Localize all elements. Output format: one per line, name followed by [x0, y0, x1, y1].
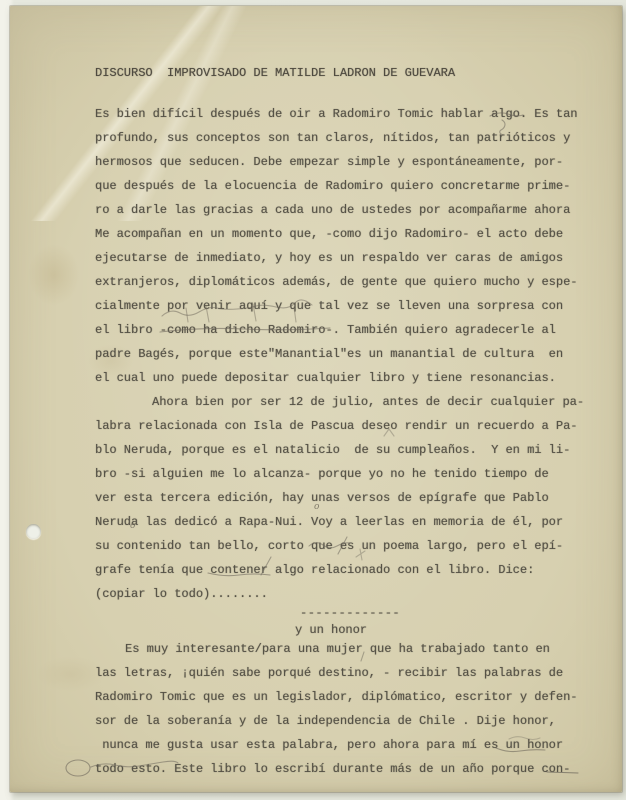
- typed-insertion-phrase: y un honor: [295, 624, 622, 637]
- paragraph-3: Es muy interesante/para una mujer que ha…: [95, 637, 622, 781]
- typed-line: Radomiro Tomic que es un legislador, dip…: [95, 685, 622, 709]
- paragraph-1: Es bien difícil después de oir a Radomir…: [95, 102, 622, 390]
- typed-line: todo esto. Este libro lo escribí durante…: [95, 757, 622, 781]
- typed-line: sor de la soberanía y de la independenci…: [95, 709, 622, 733]
- typed-line: que después de la elocuencia de Radomiro…: [95, 174, 622, 198]
- typed-line: Es bien difícil después de oir a Radomir…: [95, 102, 622, 126]
- typed-line: las letras, ¡quién sabe porqué destino, …: [95, 661, 622, 685]
- document-title: DISCURSO IMPROVISADO DE MATILDE LADRON D…: [95, 66, 622, 80]
- typed-line: nunca me gusta usar esta palabra, pero a…: [95, 733, 622, 757]
- typed-line: profundo, sus conceptos son tan claros, …: [95, 126, 622, 150]
- typed-line: ro a darle las gracias a cada uno de ust…: [95, 198, 622, 222]
- typed-line: hermosos que seducen. Debe empezar simpl…: [95, 150, 622, 174]
- typed-line: el libro -como ha dicho Radomiro-. Tambi…: [95, 318, 622, 342]
- typed-line: Ahora bien por ser 12 de julio, antes de…: [95, 390, 622, 414]
- paragraph-2: Ahora bien por ser 12 de julio, antes de…: [95, 390, 622, 606]
- typed-line: ver esta tercera edición, hay unas verso…: [95, 486, 622, 510]
- typed-line: cialmente por venir aquí y que tal vez s…: [95, 294, 622, 318]
- pencil-correction-o-contenido: o: [130, 521, 135, 531]
- typed-line: el cual uno puede depositar cualquier li…: [95, 366, 622, 390]
- typed-line: blo Neruda, porque es el natalicio de su…: [95, 438, 622, 462]
- typed-line: extranjeros, diplomáticos además, de gen…: [95, 270, 622, 294]
- typed-line: padre Bagés, porque este"Manantial"es un…: [95, 342, 622, 366]
- typed-line: su contenido tan bello, corto que es un …: [95, 534, 622, 558]
- typed-text-area: DISCURSO IMPROVISADO DE MATILDE LADRON D…: [10, 6, 622, 792]
- typed-line: Neruda las dedicó a Rapa-Nui. Voy a leer…: [95, 510, 622, 534]
- typed-line: ejecutarse de inmediato, y hoy es un res…: [95, 246, 622, 270]
- typed-line: (copiar lo todo)........: [95, 582, 622, 606]
- pencil-correction-o-unos: o: [314, 502, 319, 512]
- typed-separator-dashes: -------------: [300, 606, 622, 624]
- document-page: DISCURSO IMPROVISADO DE MATILDE LADRON D…: [10, 6, 622, 792]
- typed-line: grafe tenía que contener algo relacionad…: [95, 558, 622, 582]
- typed-line: Es muy interesante/para una mujer que ha…: [95, 637, 622, 661]
- typed-line: Me acompañan en un momento que, -como di…: [95, 222, 622, 246]
- typed-line: bro -si alguien me lo alcanza- porque yo…: [95, 462, 622, 486]
- typed-line: labra relacionada con Isla de Pascua des…: [95, 414, 622, 438]
